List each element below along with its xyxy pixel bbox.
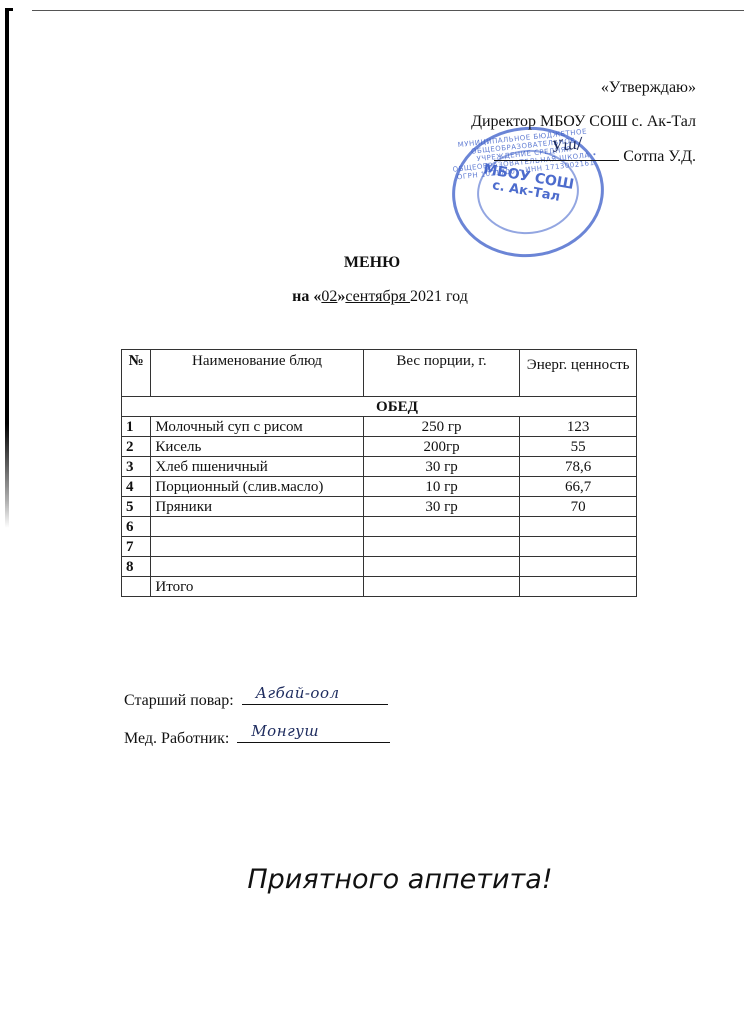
medical-worker-label: Мед. Работник: (124, 730, 229, 747)
table-row: 8 (122, 557, 637, 577)
date-year: 2021 год (410, 288, 468, 305)
table-header-row: № Наименование блюд Вес порции, г. Энерг… (122, 350, 637, 397)
table-row: 5Пряники30 гр70 (122, 497, 637, 517)
row-number: 8 (122, 557, 151, 577)
row-number: 5 (122, 497, 151, 517)
energy-value (520, 517, 637, 537)
energy-value: 123 (520, 417, 637, 437)
director-signature-line: Уш/ (494, 146, 619, 161)
portion-weight (363, 517, 520, 537)
dish-name (151, 517, 363, 537)
section-title: ОБЕД (122, 397, 637, 417)
total-row: Итого (122, 577, 637, 597)
official-stamp: МУНИЦИПАЛЬНОЕ БЮДЖЕТНОЕ ОБЩЕОБРАЗОВАТЕЛЬ… (446, 119, 611, 264)
total-cell (122, 577, 151, 597)
table-row: 3Хлеб пшеничный30 гр78,6 (122, 457, 637, 477)
table-row: 4Порционный (слив.масло)10 гр66,7 (122, 477, 637, 497)
dish-name: Пряники (151, 497, 363, 517)
table-row: 7 (122, 537, 637, 557)
table-row: 1Молочный суп с рисом250 гр123 (122, 417, 637, 437)
menu-date: на «02»сентября 2021 год (0, 288, 744, 306)
energy-value: 66,7 (520, 477, 637, 497)
portion-weight: 30 гр (363, 457, 520, 477)
medical-worker-signature: Монгуш (251, 722, 319, 740)
dish-name: Порционный (слив.масло) (151, 477, 363, 497)
senior-cook-field: Старший повар: Агбай-оол (124, 686, 388, 710)
dish-name (151, 537, 363, 557)
senior-cook-label: Старший повар: (124, 692, 234, 709)
medical-worker-field: Мед. Работник: Монгуш (124, 724, 390, 748)
table-row: 2Кисель200гр55 (122, 437, 637, 457)
portion-weight: 10 гр (363, 477, 520, 497)
portion-weight (363, 557, 520, 577)
column-header-energy: Энерг. ценность (520, 350, 637, 397)
director-sign-block: Уш/ Сотпа У.Д. (494, 146, 696, 166)
director-name: Сотпа У.Д. (623, 148, 696, 165)
energy-value (520, 537, 637, 557)
energy-value: 55 (520, 437, 637, 457)
row-number: 7 (122, 537, 151, 557)
dish-name: Молочный суп с рисом (151, 417, 363, 437)
total-cell (520, 577, 637, 597)
column-header-number: № (122, 350, 151, 397)
row-number: 4 (122, 477, 151, 497)
date-day: 02 (321, 288, 337, 305)
dish-name: Кисель (151, 437, 363, 457)
dish-name (151, 557, 363, 577)
portion-weight: 30 гр (363, 497, 520, 517)
column-header-dish: Наименование блюд (151, 350, 363, 397)
medical-worker-signature-line: Монгуш (237, 724, 390, 743)
portion-weight (363, 537, 520, 557)
row-number: 3 (122, 457, 151, 477)
row-number: 2 (122, 437, 151, 457)
senior-cook-signature: Агбай-оол (256, 684, 340, 702)
scan-edge-top (32, 10, 744, 11)
portion-weight: 200гр (363, 437, 520, 457)
section-row: ОБЕД (122, 397, 637, 417)
portion-weight: 250 гр (363, 417, 520, 437)
greeting-text: Приятного аппетита! (0, 864, 744, 895)
date-month: сентября (345, 288, 410, 305)
approve-label: «Утверждаю» (601, 79, 696, 97)
director-signature: Уш/ (551, 134, 583, 156)
table-row: 6 (122, 517, 637, 537)
column-header-weight: Вес порции, г. (363, 350, 520, 397)
row-number: 1 (122, 417, 151, 437)
total-label: Итого (151, 577, 363, 597)
total-cell (363, 577, 520, 597)
senior-cook-signature-line: Агбай-оол (242, 686, 388, 705)
director-position: Директор МБОУ СОШ с. Ак-Тал (471, 113, 696, 131)
row-number: 6 (122, 517, 151, 537)
menu-table: № Наименование блюд Вес порции, г. Энерг… (121, 349, 637, 597)
energy-value: 78,6 (520, 457, 637, 477)
page-title: МЕНЮ (0, 254, 744, 272)
energy-value (520, 557, 637, 577)
energy-value: 70 (520, 497, 637, 517)
dish-name: Хлеб пшеничный (151, 457, 363, 477)
